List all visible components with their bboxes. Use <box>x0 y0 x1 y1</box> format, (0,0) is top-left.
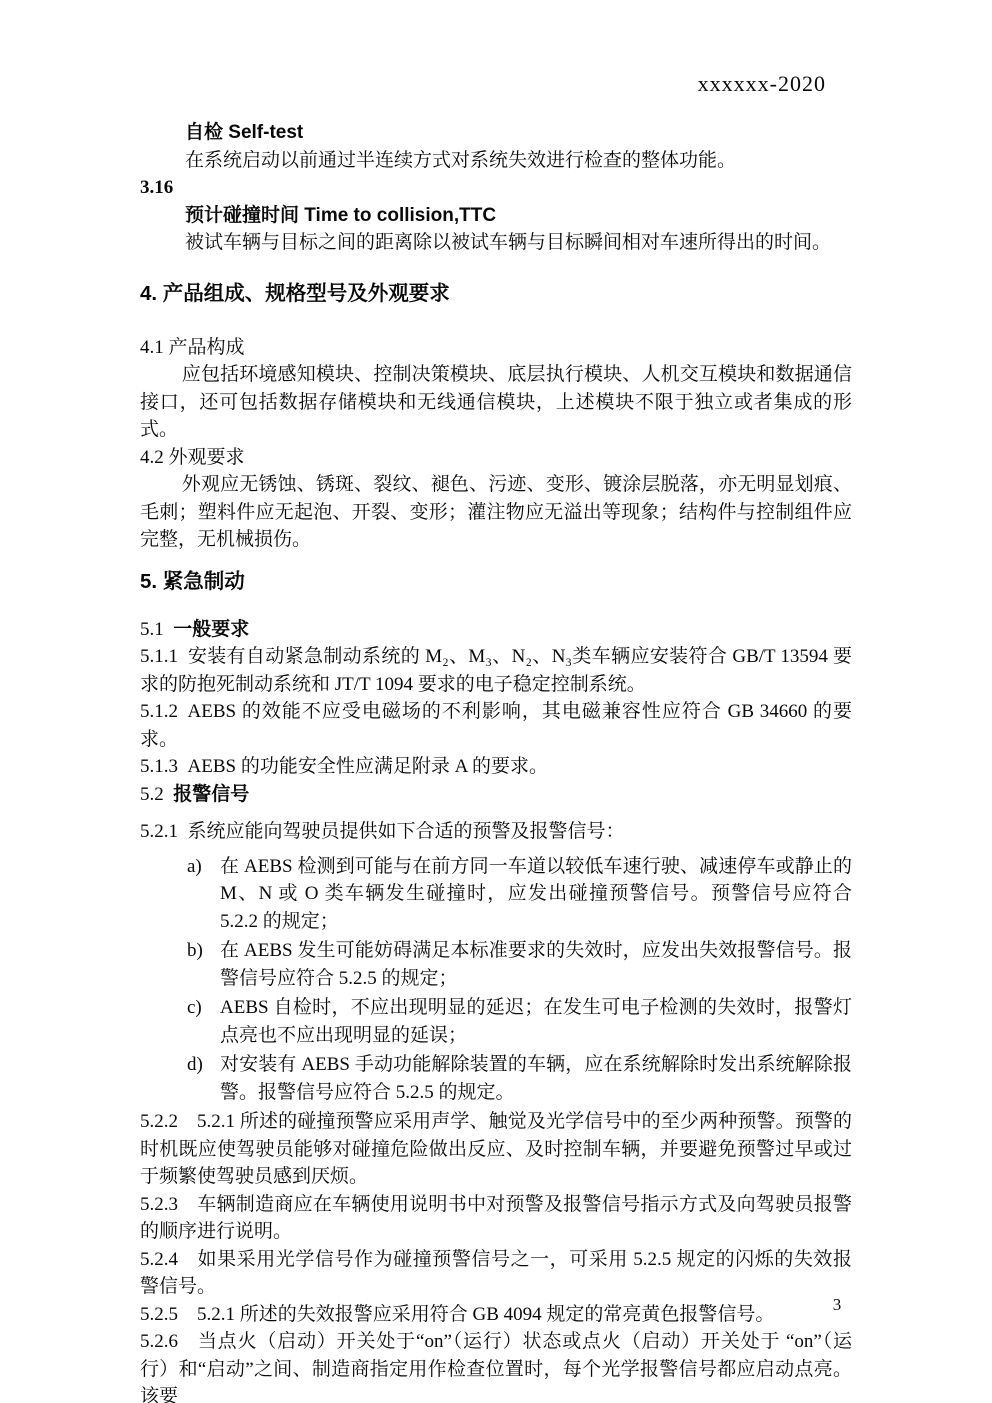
clause-5-2-1-list: a) 在 AEBS 检测到可能与在前方同一车道以较低车速行驶、减速停车或静止的 … <box>140 853 852 1107</box>
list-item-a: a) 在 AEBS 检测到可能与在前方同一车道以较低车速行驶、减速停车或静止的 … <box>140 853 852 936</box>
clause-5-2-5: 5.2.5 5.2.1 所述的失效报警应采用符合 GB 4094 规定的常亮黄色… <box>140 1301 852 1329</box>
definition-self-test: 自检 Self-test 在系统启动以前通过半连续方式对系统失效进行检查的整体功… <box>140 119 852 174</box>
page-number: 3 <box>822 1293 852 1317</box>
clause-5-2-1-lead: 5.2.1 系统应能向驾驶员提供如下合适的预警及报警信号： <box>140 818 852 846</box>
list-item-text: 在 AEBS 发生可能妨碍满足本标准要求的失效时，应发出失效报警信号。报警信号应… <box>220 937 852 992</box>
clause-5-2-2: 5.2.2 5.2.1 所述的碰撞预警应采用声学、触觉及光学信号中的至少两种预警… <box>140 1108 852 1191</box>
subsection-4-2-heading: 4.2 外观要求 <box>140 444 852 472</box>
document-page: xxxxxx-2020 自检 Self-test 在系统启动以前通过半连续方式对… <box>0 0 992 1403</box>
subsection-5-2-heading: 5.2 报警信号 <box>140 781 852 809</box>
section-4-heading: 4. 产品组成、规格型号及外观要求 <box>140 279 852 309</box>
clause-5-1-1: 5.1.1 安装有自动紧急制动系统的 M₂、M₃、N₂、N₃类车辆应安装符合 G… <box>140 643 852 698</box>
clause-5-2-3: 5.2.3 车辆制造商应在车辆使用说明书中对预警及报警信号指示方式及向驾驶员报警… <box>140 1191 852 1246</box>
doc-number-header: xxxxxx-2020 <box>140 70 852 97</box>
list-item-b: b) 在 AEBS 发生可能妨碍满足本标准要求的失效时，应发出失效报警信号。报警… <box>140 937 852 992</box>
subsection-number: 5.1 <box>140 619 164 640</box>
definition-ttc: 预计碰撞时间 Time to collision,TTC 被试车辆与目标之间的距… <box>140 202 852 257</box>
list-item-d: d) 对安装有 AEBS 手动功能解除装置的车辆，应在系统解除时发出系统解除报警… <box>140 1051 852 1106</box>
document-content: xxxxxx-2020 自检 Self-test 在系统启动以前通过半连续方式对… <box>140 70 852 1403</box>
subsection-5-1-heading: 5.1 一般要求 <box>140 616 852 644</box>
list-item-text: 对安装有 AEBS 手动功能解除装置的车辆，应在系统解除时发出系统解除报警。报警… <box>220 1051 852 1106</box>
clause-4-1-paragraph: 应包括环境感知模块、控制决策模块、底层执行模块、人机交互模块和数据通信接口，还可… <box>140 361 852 444</box>
section-5-heading: 5. 紧急制动 <box>140 567 852 597</box>
subsection-title: 报警信号 <box>173 784 249 805</box>
list-item-c: c) AEBS 自检时，不应出现明显的延迟；在发生可电子检测的失效时，报警灯点亮… <box>140 994 852 1049</box>
list-marker: d) <box>187 1051 220 1106</box>
definition-text: 被试车辆与目标之间的距离除以被试车辆与目标瞬间相对车速所得出的时间。 <box>185 229 852 257</box>
clause-5-2-4: 5.2.4 如果采用光学信号作为碰撞预警信号之一，可采用 5.2.5 规定的闪烁… <box>140 1246 852 1301</box>
subsection-title: 一般要求 <box>173 619 249 640</box>
list-marker: c) <box>187 994 220 1049</box>
clause-5-1-2: 5.1.2 AEBS 的效能不应受电磁场的不利影响，其电磁兼容性应符合 GB 3… <box>140 698 852 753</box>
clause-5-1-3: 5.1.3 AEBS 的功能安全性应满足附录 A 的要求。 <box>140 753 852 781</box>
definition-term: 预计碰撞时间 Time to collision,TTC <box>185 202 852 230</box>
subsection-number: 5.2 <box>140 784 164 805</box>
list-marker: b) <box>187 937 220 992</box>
clause-4-2-paragraph: 外观应无锈蚀、锈斑、裂纹、褪色、污迹、变形、镀涂层脱落，亦无明显划痕、毛刺；塑料… <box>140 471 852 554</box>
list-marker: a) <box>187 853 220 936</box>
clause-number-3-16: 3.16 <box>140 174 852 202</box>
clause-5-2-6: 5.2.6 当点火（启动）开关处于“on”（运行）状态或点火（启动）开关处于 “… <box>140 1328 852 1403</box>
list-item-text: 在 AEBS 检测到可能与在前方同一车道以较低车速行驶、减速停车或静止的 M、N… <box>220 853 852 936</box>
definition-term: 自检 Self-test <box>185 119 852 147</box>
definition-text: 在系统启动以前通过半连续方式对系统失效进行检查的整体功能。 <box>185 147 852 175</box>
list-item-text: AEBS 自检时，不应出现明显的延迟；在发生可电子检测的失效时，报警灯点亮也不应… <box>220 994 852 1049</box>
subsection-4-1-heading: 4.1 产品构成 <box>140 334 852 362</box>
